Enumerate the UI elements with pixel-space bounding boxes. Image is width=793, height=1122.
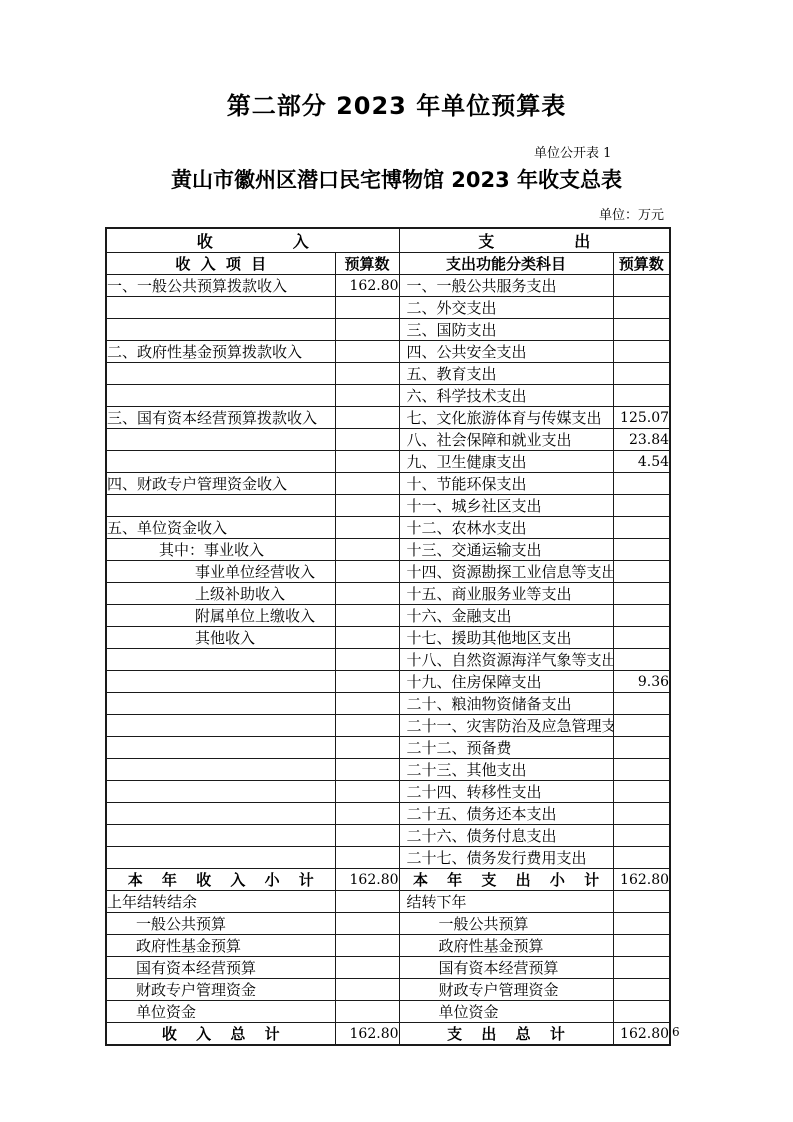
income-item-cell: [106, 693, 335, 715]
income-item-cell: 三、国有资本经营预算拨款收入: [106, 407, 335, 429]
expense-item-cell: 政府性基金预算: [399, 935, 613, 957]
table-row: 一般公共预算一般公共预算: [106, 913, 670, 935]
income-group-header: 收 入: [106, 228, 399, 253]
income-item-cell: [106, 649, 335, 671]
budget-table-header: 收 入 支 出 收 入 项 目 预算数 支出功能分类科目 预算数: [106, 228, 670, 275]
expense-amount-cell: [613, 319, 670, 341]
income-amount-cell: [335, 935, 399, 957]
expense-item-cell: 十六、金融支出: [399, 605, 613, 627]
table-row: 五、单位资金收入十二、农林水支出: [106, 517, 670, 539]
expense-amount-cell: [613, 1001, 670, 1023]
expense-item-cell: 二十二、预备费: [399, 737, 613, 759]
table-row: 二十四、转移性支出: [106, 781, 670, 803]
expense-item-cell: 二十四、转移性支出: [399, 781, 613, 803]
income-item-cell: [106, 429, 335, 451]
expense-amount-cell: [613, 385, 670, 407]
expense-item-cell: 单位资金: [399, 1001, 613, 1023]
table-row: 收 入 总 计162.80支 出 总 计162.80: [106, 1023, 670, 1046]
income-amount-cell: [335, 451, 399, 473]
income-item-cell: [106, 715, 335, 737]
income-item-cell: [106, 451, 335, 473]
table-row: 国有资本经营预算国有资本经营预算: [106, 957, 670, 979]
income-item-cell: 一、一般公共预算拨款收入: [106, 275, 335, 297]
table-row: 二十七、债务发行费用支出: [106, 847, 670, 869]
table-row: 十九、住房保障支出9.36: [106, 671, 670, 693]
expense-budget-column-header: 预算数: [613, 253, 670, 275]
income-item-cell: 附属单位上缴收入: [106, 605, 335, 627]
income-amount-cell: [335, 759, 399, 781]
income-item-cell: 政府性基金预算: [106, 935, 335, 957]
expense-amount-cell: [613, 605, 670, 627]
expense-amount-cell: [613, 803, 670, 825]
income-item-column-header: 收 入 项 目: [106, 253, 335, 275]
income-amount-cell: [335, 715, 399, 737]
table-row: 上年结转结余结转下年: [106, 891, 670, 913]
table-row: 财政专户管理资金财政专户管理资金: [106, 979, 670, 1001]
income-item-cell: 收 入 总 计: [106, 1023, 335, 1046]
table-row: 二十、粮油物资储备支出: [106, 693, 670, 715]
expense-amount-cell: [613, 649, 670, 671]
income-amount-cell: 162.80: [335, 275, 399, 297]
income-item-cell: [106, 781, 335, 803]
income-item-cell: 其中：事业收入: [106, 539, 335, 561]
income-amount-cell: 162.80: [335, 869, 399, 891]
expense-amount-cell: 9.36: [613, 671, 670, 693]
income-item-cell: 二、政府性基金预算拨款收入: [106, 341, 335, 363]
expense-item-cell: 一般公共预算: [399, 913, 613, 935]
table-row: 政府性基金预算政府性基金预算: [106, 935, 670, 957]
expense-amount-cell: [613, 737, 670, 759]
expense-item-cell: 财政专户管理资金: [399, 979, 613, 1001]
budget-table-body: 一、一般公共预算拨款收入162.80一、一般公共服务支出二、外交支出三、国防支出…: [106, 275, 670, 1046]
income-item-cell: [106, 363, 335, 385]
table-row: 六、科学技术支出: [106, 385, 670, 407]
table-row: 二十三、其他支出: [106, 759, 670, 781]
table-row: 其中：事业收入十三、交通运输支出: [106, 539, 670, 561]
table-row: 本 年 收 入 小 计162.80本 年 支 出 小 计162.80: [106, 869, 670, 891]
expense-item-cell: 五、教育支出: [399, 363, 613, 385]
income-amount-cell: [335, 891, 399, 913]
expense-item-cell: 十一、城乡社区支出: [399, 495, 613, 517]
expense-group-header: 支 出: [399, 228, 670, 253]
income-amount-cell: [335, 627, 399, 649]
income-amount-cell: [335, 319, 399, 341]
page-number: 6: [672, 1025, 680, 1039]
income-amount-cell: [335, 561, 399, 583]
expense-item-cell: 二十六、债务付息支出: [399, 825, 613, 847]
income-amount-cell: [335, 979, 399, 1001]
income-item-cell: [106, 847, 335, 869]
expense-amount-cell: [613, 627, 670, 649]
income-item-cell: 本 年 收 入 小 计: [106, 869, 335, 891]
expense-item-cell: 二十七、债务发行费用支出: [399, 847, 613, 869]
income-amount-cell: [335, 649, 399, 671]
expense-item-column-header: 支出功能分类科目: [399, 253, 613, 275]
table-row: 上级补助收入十五、商业服务业等支出: [106, 583, 670, 605]
expense-amount-cell: [613, 825, 670, 847]
income-amount-cell: [335, 847, 399, 869]
income-amount-cell: [335, 407, 399, 429]
table-row: 一、一般公共预算拨款收入162.80一、一般公共服务支出: [106, 275, 670, 297]
expense-item-cell: 十四、资源勘探工业信息等支出: [399, 561, 613, 583]
expense-amount-cell: [613, 583, 670, 605]
income-item-cell: [106, 671, 335, 693]
expense-item-cell: 十九、住房保障支出: [399, 671, 613, 693]
table-row: 八、社会保障和就业支出23.84: [106, 429, 670, 451]
group-header-row: 收 入 支 出: [106, 228, 670, 253]
income-item-cell: 上年结转结余: [106, 891, 335, 913]
income-amount-cell: [335, 1001, 399, 1023]
expense-amount-cell: [613, 363, 670, 385]
section-title: 第二部分 2023 年单位预算表: [0, 86, 793, 121]
income-item-cell: 其他收入: [106, 627, 335, 649]
expense-amount-cell: 125.07: [613, 407, 670, 429]
income-amount-cell: [335, 517, 399, 539]
income-item-cell: 四、财政专户管理资金收入: [106, 473, 335, 495]
income-item-cell: [106, 319, 335, 341]
table-row: 二、政府性基金预算拨款收入四、公共安全支出: [106, 341, 670, 363]
income-amount-cell: [335, 825, 399, 847]
income-amount-cell: [335, 583, 399, 605]
expense-amount-cell: [613, 341, 670, 363]
income-amount-cell: [335, 803, 399, 825]
income-amount-cell: [335, 297, 399, 319]
table-row: 二十一、灾害防治及应急管理支出: [106, 715, 670, 737]
expense-item-cell: 十三、交通运输支出: [399, 539, 613, 561]
table-row: 事业单位经营收入十四、资源勘探工业信息等支出: [106, 561, 670, 583]
income-amount-cell: [335, 363, 399, 385]
expense-item-cell: 四、公共安全支出: [399, 341, 613, 363]
table-label: 单位公开表 1: [534, 142, 611, 161]
expense-item-cell: 二十一、灾害防治及应急管理支出: [399, 715, 613, 737]
expense-amount-cell: [613, 693, 670, 715]
table-row: 二十六、债务付息支出: [106, 825, 670, 847]
expense-item-cell: 结转下年: [399, 891, 613, 913]
expense-amount-cell: [613, 979, 670, 1001]
income-item-cell: [106, 297, 335, 319]
income-amount-cell: [335, 495, 399, 517]
expense-amount-cell: [613, 847, 670, 869]
expense-item-cell: 二十三、其他支出: [399, 759, 613, 781]
expense-item-cell: 一、一般公共服务支出: [399, 275, 613, 297]
income-amount-cell: [335, 693, 399, 715]
expense-item-cell: 三、国防支出: [399, 319, 613, 341]
table-row: 二十五、债务还本支出: [106, 803, 670, 825]
page-title: 黄山市徽州区潜口民宅博物馆 2023 年收支总表: [0, 164, 793, 194]
income-item-cell: 事业单位经营收入: [106, 561, 335, 583]
income-amount-cell: [335, 341, 399, 363]
expense-amount-cell: [613, 957, 670, 979]
expense-amount-cell: [613, 781, 670, 803]
income-item-cell: [106, 759, 335, 781]
income-item-cell: [106, 825, 335, 847]
income-item-cell: [106, 803, 335, 825]
expense-item-cell: 十五、商业服务业等支出: [399, 583, 613, 605]
table-row: 二、外交支出: [106, 297, 670, 319]
table-row: 五、教育支出: [106, 363, 670, 385]
table-row: 三、国防支出: [106, 319, 670, 341]
expense-amount-cell: [613, 473, 670, 495]
expense-item-cell: 十、节能环保支出: [399, 473, 613, 495]
expense-amount-cell: [613, 913, 670, 935]
expense-item-cell: 本 年 支 出 小 计: [399, 869, 613, 891]
budget-table: 收 入 支 出 收 入 项 目 预算数 支出功能分类科目 预算数 一、一般公共预…: [105, 227, 671, 1046]
income-item-cell: 单位资金: [106, 1001, 335, 1023]
column-header-row: 收 入 项 目 预算数 支出功能分类科目 预算数: [106, 253, 670, 275]
income-item-cell: 上级补助收入: [106, 583, 335, 605]
table-row: 二十二、预备费: [106, 737, 670, 759]
expense-amount-cell: [613, 891, 670, 913]
expense-amount-cell: [613, 539, 670, 561]
expense-item-cell: 二、外交支出: [399, 297, 613, 319]
expense-item-cell: 国有资本经营预算: [399, 957, 613, 979]
expense-amount-cell: [613, 517, 670, 539]
table-row: 其他收入十七、援助其他地区支出: [106, 627, 670, 649]
unit-note: 单位：万元: [599, 204, 664, 223]
income-amount-cell: [335, 539, 399, 561]
expense-item-cell: 二十、粮油物资储备支出: [399, 693, 613, 715]
expense-amount-cell: [613, 561, 670, 583]
expense-amount-cell: [613, 495, 670, 517]
table-row: 十一、城乡社区支出: [106, 495, 670, 517]
income-amount-cell: [335, 605, 399, 627]
expense-amount-cell: 4.54: [613, 451, 670, 473]
income-amount-cell: [335, 957, 399, 979]
expense-item-cell: 支 出 总 计: [399, 1023, 613, 1046]
income-item-cell: [106, 495, 335, 517]
expense-amount-cell: [613, 715, 670, 737]
expense-amount-cell: 162.80: [613, 869, 670, 891]
income-item-cell: 财政专户管理资金: [106, 979, 335, 1001]
income-budget-column-header: 预算数: [335, 253, 399, 275]
expense-amount-cell: [613, 297, 670, 319]
expense-amount-cell: [613, 275, 670, 297]
expense-amount-cell: [613, 759, 670, 781]
table-row: 三、国有资本经营预算拨款收入七、文化旅游体育与传媒支出125.07: [106, 407, 670, 429]
income-item-cell: 一般公共预算: [106, 913, 335, 935]
expense-item-cell: 十二、农林水支出: [399, 517, 613, 539]
expense-amount-cell: 23.84: [613, 429, 670, 451]
income-amount-cell: [335, 429, 399, 451]
table-row: 附属单位上缴收入十六、金融支出: [106, 605, 670, 627]
expense-item-cell: 十八、自然资源海洋气象等支出: [399, 649, 613, 671]
income-item-cell: 国有资本经营预算: [106, 957, 335, 979]
expense-amount-cell: [613, 935, 670, 957]
income-amount-cell: [335, 737, 399, 759]
table-row: 九、卫生健康支出4.54: [106, 451, 670, 473]
expense-item-cell: 二十五、债务还本支出: [399, 803, 613, 825]
income-amount-cell: [335, 385, 399, 407]
income-item-cell: [106, 385, 335, 407]
table-row: 单位资金单位资金: [106, 1001, 670, 1023]
expense-item-cell: 十七、援助其他地区支出: [399, 627, 613, 649]
expense-item-cell: 九、卫生健康支出: [399, 451, 613, 473]
income-amount-cell: 162.80: [335, 1023, 399, 1046]
expense-amount-cell: 162.80: [613, 1023, 670, 1046]
income-amount-cell: [335, 913, 399, 935]
expense-item-cell: 七、文化旅游体育与传媒支出: [399, 407, 613, 429]
income-item-cell: 五、单位资金收入: [106, 517, 335, 539]
income-item-cell: [106, 737, 335, 759]
table-row: 十八、自然资源海洋气象等支出: [106, 649, 670, 671]
table-row: 四、财政专户管理资金收入十、节能环保支出: [106, 473, 670, 495]
expense-item-cell: 八、社会保障和就业支出: [399, 429, 613, 451]
budget-document-page: 第二部分 2023 年单位预算表 单位公开表 1 黄山市徽州区潜口民宅博物馆 2…: [0, 0, 793, 1122]
income-amount-cell: [335, 473, 399, 495]
income-amount-cell: [335, 781, 399, 803]
income-amount-cell: [335, 671, 399, 693]
expense-item-cell: 六、科学技术支出: [399, 385, 613, 407]
